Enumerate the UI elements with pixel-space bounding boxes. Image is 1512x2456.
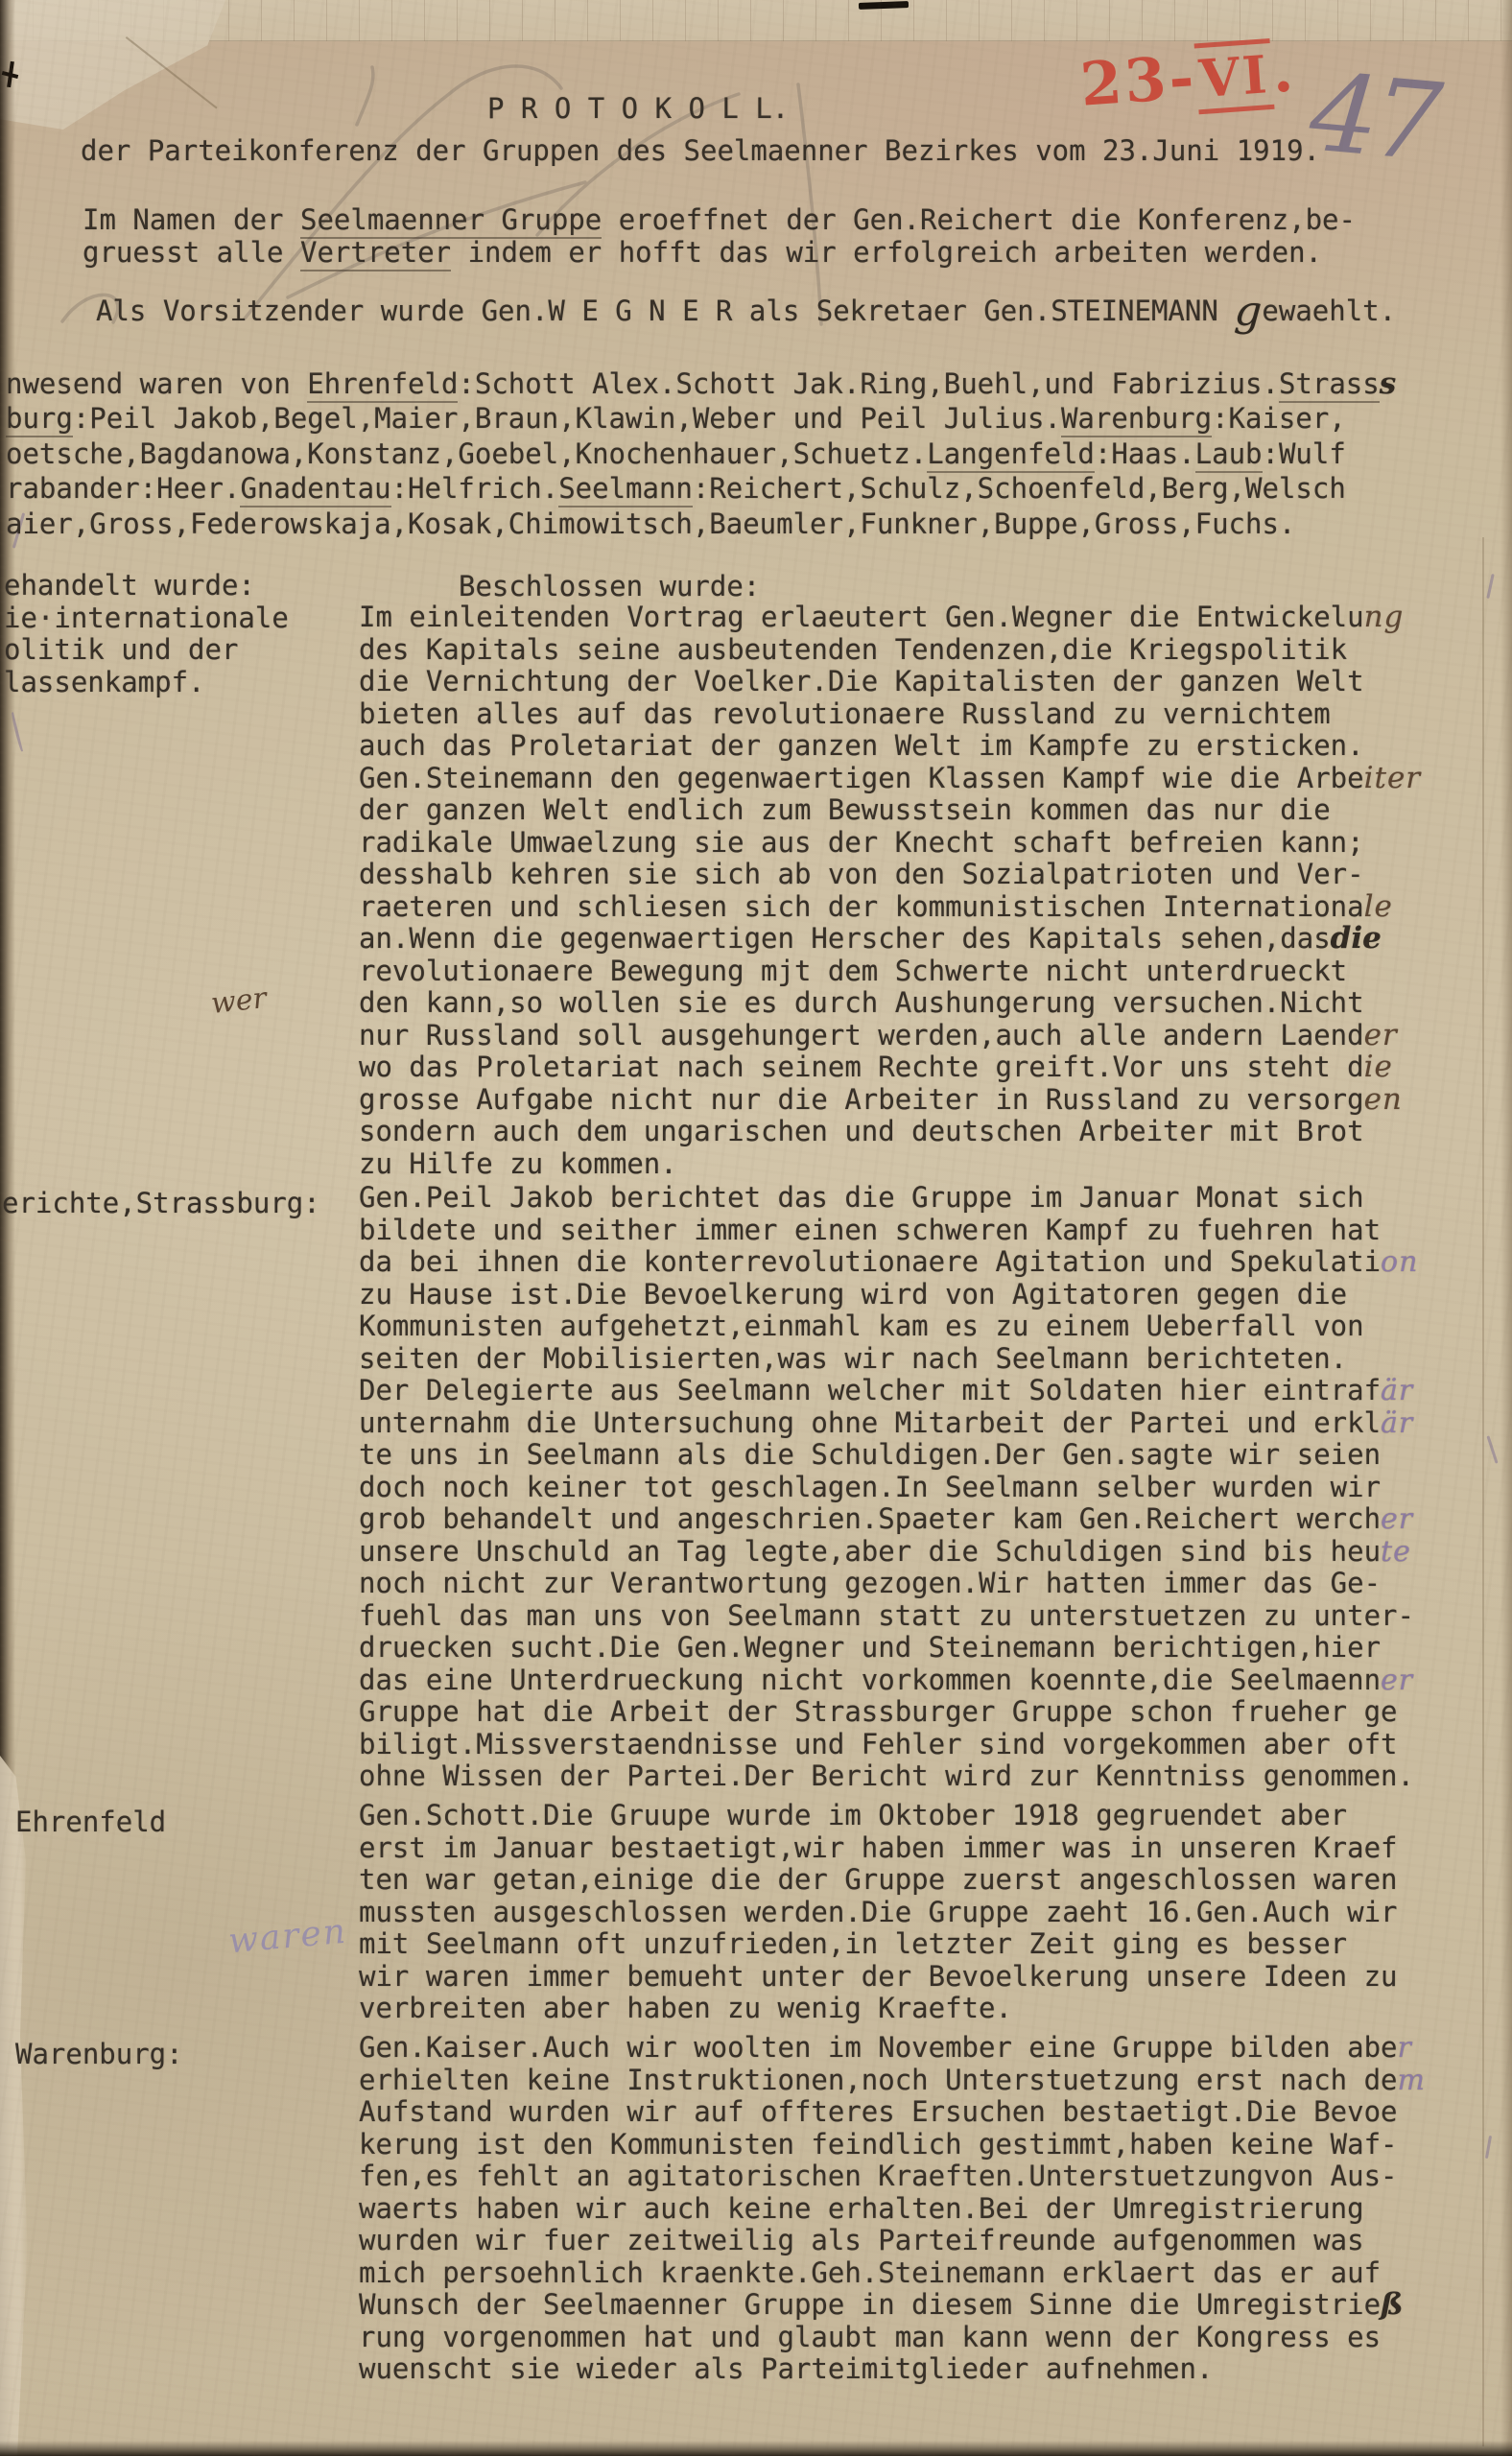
typed-text: Warenburg bbox=[1061, 402, 1212, 437]
handwritten-correction: on bbox=[1381, 1245, 1418, 1279]
handwritten-correction: er bbox=[1364, 1018, 1398, 1052]
typed-text: Im einleitenden Vortrag erlaeutert Gen.W… bbox=[359, 601, 1364, 633]
text-line: seiten der Mobilisierten,was wir nach Se… bbox=[359, 1343, 1418, 1376]
text-line: Der Delegierte aus Seelmann welcher mit … bbox=[359, 1375, 1418, 1407]
text-line: revolutionaere Bewegung mjt dem Schwerte… bbox=[359, 956, 1421, 988]
typed-text: Gen.Schott.Die Gruupe wurde im Oktober 1… bbox=[359, 1799, 1347, 1831]
paragraph-opening: Im Namen der Seelmaenner Gruppe eroeffne… bbox=[83, 203, 1356, 269]
typed-text: bieten alles auf das revolutionaere Russ… bbox=[359, 697, 1331, 730]
typed-text: seiten der Mobilisierten,was wir nach Se… bbox=[359, 1342, 1347, 1375]
typed-text: auch das Proletariat der ganzen Welt im … bbox=[359, 729, 1364, 762]
handwritten-correction: er bbox=[1381, 1664, 1413, 1697]
text-line: raeteren und schliesen sich der kommunis… bbox=[359, 891, 1421, 924]
margin-note-wer: wer bbox=[209, 981, 268, 1021]
typed-text: des Kapitals seine ausbeutenden Tendenze… bbox=[359, 633, 1347, 666]
text-line: das eine Unterdrueckung nicht vorkommen … bbox=[359, 1665, 1418, 1697]
text-line: ehandelt wurde: bbox=[4, 570, 289, 602]
text-line: Im einleitenden Vortrag erlaeutert Gen.W… bbox=[359, 602, 1421, 634]
red-date-roman-month: VI bbox=[1194, 38, 1275, 114]
typed-text: die Vernichtung der Voelker.Die Kapitali… bbox=[359, 665, 1364, 697]
typed-text: :Kaiser, bbox=[1212, 402, 1346, 435]
typed-text: den kann,so wollen sie es durch Aushunge… bbox=[359, 986, 1364, 1019]
typed-text: ohne Wissen der Partei.Der Bericht wird … bbox=[359, 1759, 1414, 1792]
text-line: radikale Umwaelzung sie aus der Knecht s… bbox=[359, 827, 1421, 860]
typed-text: revolutionaere Bewegung mjt dem Schwerte… bbox=[359, 955, 1347, 987]
text-line: rabander:Heer.Gnadentau:Helfrich.Seelman… bbox=[6, 471, 1396, 506]
typed-text: ten war getan,einige die der Gruppe zuer… bbox=[359, 1863, 1398, 1896]
column-agenda-label: ehandelt wurde:ie·internationaleolitik u… bbox=[4, 570, 289, 698]
text-line: an.Wenn die gegenwaertigen Herscher des … bbox=[359, 923, 1421, 956]
paper-crease-right bbox=[1482, 537, 1484, 2446]
red-date-dot: . bbox=[1269, 35, 1298, 106]
text-line: zu Hause ist.Die Bevoelkerung wird von A… bbox=[359, 1279, 1418, 1311]
typed-text: ie·internationale bbox=[4, 602, 289, 634]
typed-text: rung vorgenommen hat und glaubt man kann… bbox=[359, 2321, 1381, 2353]
handwritten-correction: r bbox=[1398, 2031, 1412, 2065]
typed-text: doch noch keiner tot geschlagen.In Seelm… bbox=[359, 1471, 1381, 1503]
text-line: fen,es fehlt an agitatorischen Kraeften.… bbox=[359, 2161, 1426, 2193]
text-line: unternahm die Untersuchung ohne Mitarbei… bbox=[359, 1407, 1418, 1440]
typed-text: der ganzen Welt endlich zum Bewusstsein … bbox=[359, 793, 1331, 826]
margin-note-waren: waren bbox=[226, 1912, 348, 1962]
text-line: Kommunisten aufgehetzt,einmahl kam es zu… bbox=[359, 1311, 1418, 1343]
pencil-mark-right bbox=[1485, 2136, 1492, 2159]
typed-text: mit Seelmann oft unzufrieden,in letzter … bbox=[359, 1927, 1347, 1960]
typed-text: Laub bbox=[1195, 437, 1263, 473]
text-line: nwesend waren von Ehrenfeld:Schott Alex.… bbox=[6, 366, 1396, 401]
typed-text: grob behandelt und angeschrien.Spaeter k… bbox=[359, 1502, 1381, 1535]
text-line: wurden wir fuer zeitweilig als Parteifre… bbox=[359, 2225, 1426, 2257]
text-line: burg:Peil Jakob,Begel,Maier,Braun,Klawin… bbox=[6, 401, 1396, 436]
typed-text: Wunsch der Seelmaenner Gruppe in diesem … bbox=[359, 2288, 1381, 2321]
typed-text: Im Namen der bbox=[83, 203, 300, 236]
text-line: erst im Januar bestaetigt,wir haben imme… bbox=[359, 1832, 1398, 1865]
typed-text: Aufstand wurden wir auf offteres Ersuche… bbox=[359, 2095, 1398, 2128]
typed-text: unsere Unschuld an Tag legte,aber die Sc… bbox=[359, 1535, 1381, 1568]
text-line: wo das Proletariat nach seinem Rechte gr… bbox=[359, 1051, 1421, 1084]
typed-text: nwesend waren von bbox=[6, 367, 307, 400]
text-line: Gen.Schott.Die Gruupe wurde im Oktober 1… bbox=[359, 1800, 1398, 1832]
typed-text: biligt.Missverstaendnisse und Fehler sin… bbox=[359, 1728, 1398, 1760]
text-line: verbreiten aber haben zu wenig Kraefte. bbox=[359, 1993, 1398, 2025]
text-line: da bei ihnen die konterrevolutionaere Ag… bbox=[359, 1246, 1418, 1279]
text-line: die Vernichtung der Voelker.Die Kapitali… bbox=[359, 666, 1421, 698]
text-line: druecken sucht.Die Gen.Wegner und Steine… bbox=[359, 1632, 1418, 1665]
handwritten-correction: ß bbox=[1381, 2287, 1404, 2322]
text-line: Aufstand wurden wir auf offteres Ersuche… bbox=[359, 2096, 1426, 2129]
page-edge-bottom bbox=[0, 2441, 1512, 2456]
typed-text: Strass bbox=[1279, 367, 1380, 403]
typed-text: fuehl das man uns von Seelmann statt zu … bbox=[359, 1599, 1414, 1632]
typed-text: te uns in Seelmann als die Schuldigen.De… bbox=[359, 1438, 1381, 1471]
handwritten-correction: er bbox=[1381, 1502, 1413, 1536]
handwritten-correction: en bbox=[1364, 1082, 1403, 1117]
typed-text: wo das Proletariat nach seinem Rechte gr… bbox=[359, 1051, 1364, 1083]
typed-text: mich persoehnlich kraenkte.Geh.Steineman… bbox=[359, 2256, 1381, 2289]
handwritten-page-number: 47 bbox=[1306, 51, 1441, 186]
report-label-strassburg: erichte,Strassburg: bbox=[2, 1187, 320, 1219]
paragraph-report-warenburg: Gen.Kaiser.Auch wir woolten im November … bbox=[359, 2032, 1426, 2386]
typed-text: nur Russland soll ausgehungert werden,au… bbox=[359, 1019, 1364, 1051]
typed-text: lassenkampf. bbox=[4, 666, 205, 698]
typed-text: aier,Gross,Federowskaja,Kosak,Chimowitsc… bbox=[6, 508, 1295, 540]
typed-text: Der Delegierte aus Seelmann welcher mit … bbox=[359, 1374, 1381, 1406]
pencil-mark-right bbox=[1486, 1435, 1498, 1463]
typed-text: ewaehlt. bbox=[1262, 295, 1396, 327]
text-line: Gruppe hat die Arbeit der Strassburger G… bbox=[359, 1696, 1418, 1729]
text-line: lassenkampf. bbox=[4, 667, 289, 699]
text-line: bieten alles auf das revolutionaere Russ… bbox=[359, 698, 1421, 731]
typed-text: wir waren immer bemueht unter der Bevoel… bbox=[359, 1960, 1398, 1993]
text-line: wir waren immer bemueht unter der Bevoel… bbox=[359, 1961, 1398, 1994]
report-label-ehrenfeld: Ehrenfeld bbox=[15, 1806, 166, 1838]
scanned-protocol-page: { "annotations": { "red_date_day": "23-"… bbox=[0, 0, 1512, 2456]
text-line: desshalb kehren sie sich ab von den Sozi… bbox=[359, 859, 1421, 891]
typed-text: verbreiten aber haben zu wenig Kraefte. bbox=[359, 1992, 1012, 2024]
report-label-warenburg: Warenburg: bbox=[15, 2038, 183, 2070]
typed-text: sondern auch dem ungarischen und deutsch… bbox=[359, 1115, 1364, 1147]
typed-text: Gnadentau bbox=[240, 472, 390, 508]
pencil-mark-right bbox=[1486, 574, 1494, 599]
typed-text: :Wulf bbox=[1263, 437, 1346, 470]
text-line: biligt.Missverstaendnisse und Fehler sin… bbox=[359, 1729, 1418, 1761]
document-subtitle: der Parteikonferenz der Gruppen des Seel… bbox=[81, 134, 1320, 167]
typed-text: druecken sucht.Die Gen.Wegner und Steine… bbox=[359, 1631, 1381, 1664]
typed-text: raeteren und schliesen sich der kommunis… bbox=[359, 890, 1364, 923]
typed-text: Vertreter bbox=[300, 236, 451, 272]
typed-text: Langenfeld bbox=[927, 437, 1095, 473]
typed-text: an.Wenn die gegenwaertigen Herscher des … bbox=[359, 922, 1331, 955]
handwritten-correction: är bbox=[1381, 1406, 1413, 1440]
typed-text: da bei ihnen die konterrevolutionaere Ag… bbox=[359, 1245, 1381, 1278]
handwritten-correction: är bbox=[1381, 1374, 1413, 1407]
typed-text: waerts haben wir auch keine erhalten.Bei… bbox=[359, 2192, 1364, 2225]
text-line: mich persoehnlich kraenkte.Geh.Steineman… bbox=[359, 2257, 1426, 2290]
handwritten-correction: g bbox=[1235, 311, 1262, 313]
typed-text: erst im Januar bestaetigt,wir haben imme… bbox=[359, 1831, 1398, 1864]
text-line: der ganzen Welt endlich zum Bewusstsein … bbox=[359, 794, 1421, 827]
paragraph-resolution: Im einleitenden Vortrag erlaeutert Gen.W… bbox=[359, 602, 1421, 1180]
typed-text: wuenscht sie wieder als Parteimitglieder… bbox=[359, 2352, 1213, 2385]
text-line: olitik und der bbox=[4, 634, 289, 667]
handwritten-correction: ng bbox=[1364, 600, 1405, 634]
typed-text: Gen.Peil Jakob berichtet das die Gruppe … bbox=[359, 1181, 1364, 1214]
typed-text: Seelmaenner Gruppe bbox=[300, 203, 602, 239]
text-line: doch noch keiner tot geschlagen.In Seelm… bbox=[359, 1472, 1418, 1504]
typed-text: mussten ausgeschlossen werden.Die Gruppe… bbox=[359, 1896, 1398, 1928]
text-line: Im Namen der Seelmaenner Gruppe eroeffne… bbox=[83, 203, 1356, 236]
text-line: mit Seelmann oft unzufrieden,in letzter … bbox=[359, 1928, 1398, 1961]
typed-text: wurden wir fuer zeitweilig als Parteifre… bbox=[359, 2224, 1364, 2256]
text-line: erhielten keine Instruktionen,noch Unter… bbox=[359, 2065, 1426, 2097]
handwritten-correction: le bbox=[1364, 889, 1393, 924]
handwritten-red-date: 23-VI. bbox=[1078, 35, 1298, 120]
typed-text: erhielten keine Instruktionen,noch Unter… bbox=[359, 2064, 1398, 2096]
text-line: te uns in Seelmann als die Schuldigen.De… bbox=[359, 1439, 1418, 1472]
text-line: auch das Proletariat der ganzen Welt im … bbox=[359, 730, 1421, 763]
document-title: P R O T O K O L L. bbox=[487, 92, 789, 125]
handwritten-correction: s bbox=[1380, 366, 1396, 401]
typed-text: zu Hause ist.Die Bevoelkerung wird von A… bbox=[359, 1278, 1347, 1311]
text-line: grob behandelt und angeschrien.Spaeter k… bbox=[359, 1503, 1418, 1536]
text-line: des Kapitals seine ausbeutenden Tendenze… bbox=[359, 634, 1421, 667]
typed-text: :Peil Jakob,Begel,Maier,Braun,Klawin,Web… bbox=[73, 402, 1061, 435]
paragraph-attendance: nwesend waren von Ehrenfeld:Schott Alex.… bbox=[6, 366, 1396, 541]
text-line: ie·internationale bbox=[4, 602, 289, 635]
typed-text: :Reichert,Schulz,Schoenfeld,Berg,Welsch bbox=[693, 472, 1346, 505]
text-line: ohne Wissen der Partei.Der Bericht wird … bbox=[359, 1760, 1418, 1793]
typed-text: das eine Unterdrueckung nicht vorkommen … bbox=[359, 1664, 1381, 1696]
text-line: Gen.Peil Jakob berichtet das die Gruppe … bbox=[359, 1182, 1418, 1215]
typed-text: oetsche,Bagdanowa,Konstanz,Goebel,Knoche… bbox=[6, 437, 927, 470]
typed-text: gruesst alle bbox=[83, 236, 300, 269]
typed-text: kerung ist den Kommunisten feindlich ges… bbox=[359, 2128, 1398, 2161]
typed-text: eroeffnet der Gen.Reichert die Konferenz… bbox=[602, 203, 1356, 236]
text-line: mussten ausgeschlossen werden.Die Gruppe… bbox=[359, 1897, 1398, 1929]
typed-text: bildete und seither immer einen schweren… bbox=[359, 1214, 1381, 1246]
typed-text: noch nicht zur Verantwortung gezogen.Wir… bbox=[359, 1567, 1381, 1599]
text-line: waerts haben wir auch keine erhalten.Bei… bbox=[359, 2193, 1426, 2226]
typed-text: Ehrenfeld bbox=[307, 367, 458, 403]
typed-text: radikale Umwaelzung sie aus der Knecht s… bbox=[359, 826, 1364, 859]
typed-text: Gen.Kaiser.Auch wir woolten im November … bbox=[359, 2031, 1398, 2064]
paragraph-report-strassburg: Gen.Peil Jakob berichtet das die Gruppe … bbox=[359, 1182, 1418, 1793]
typed-text: :Haas. bbox=[1095, 437, 1195, 470]
typed-text: ehandelt wurde: bbox=[4, 569, 255, 602]
typed-text: Kommunisten aufgehetzt,einmahl kam es zu… bbox=[359, 1310, 1364, 1342]
text-line: Gen.Kaiser.Auch wir woolten im November … bbox=[359, 2032, 1426, 2065]
text-line: ten war getan,einige die der Gruppe zuer… bbox=[359, 1864, 1398, 1897]
typed-text: fen,es fehlt an agitatorischen Kraeften.… bbox=[359, 2160, 1398, 2192]
handwritten-correction: te bbox=[1381, 1535, 1411, 1569]
text-line: kerung ist den Kommunisten feindlich ges… bbox=[359, 2129, 1426, 2161]
typed-text: burg bbox=[6, 402, 73, 437]
text-line: Gen.Steinemann den gegenwaertigen Klasse… bbox=[359, 763, 1421, 795]
text-line: oetsche,Bagdanowa,Konstanz,Goebel,Knoche… bbox=[6, 437, 1396, 471]
paragraph-report-ehrenfeld: Gen.Schott.Die Gruupe wurde im Oktober 1… bbox=[359, 1800, 1398, 2025]
text-line: nur Russland soll ausgehungert werden,au… bbox=[359, 1020, 1421, 1052]
text-line: noch nicht zur Verantwortung gezogen.Wir… bbox=[359, 1568, 1418, 1600]
typed-text: Gen.Steinemann den gegenwaertigen Klasse… bbox=[359, 762, 1364, 794]
text-line: unsere Unschuld an Tag legte,aber die Sc… bbox=[359, 1536, 1418, 1569]
handwritten-correction: ie bbox=[1364, 1050, 1393, 1084]
typed-text: desshalb kehren sie sich ab von den Sozi… bbox=[359, 858, 1364, 890]
text-line: wuenscht sie wieder als Parteimitglieder… bbox=[359, 2353, 1426, 2386]
text-line: den kann,so wollen sie es durch Aushunge… bbox=[359, 987, 1421, 1020]
typed-text: rabander:Heer. bbox=[6, 472, 240, 505]
torn-corner-patch bbox=[0, 0, 225, 130]
text-line: sondern auch dem ungarischen und deutsch… bbox=[359, 1116, 1421, 1148]
typed-text: Seelmann bbox=[558, 472, 693, 508]
text-line: Wunsch der Seelmaenner Gruppe in diesem … bbox=[359, 2289, 1426, 2322]
red-date-day: 23- bbox=[1078, 41, 1199, 119]
text-line: rung vorgenommen hat und glaubt man kann… bbox=[359, 2322, 1426, 2354]
text-line: aier,Gross,Federowskaja,Kosak,Chimowitsc… bbox=[6, 507, 1396, 541]
text-line: grosse Aufgabe nicht nur die Arbeiter in… bbox=[359, 1084, 1421, 1117]
typed-text: Als Vorsitzender wurde Gen.W E G N E R a… bbox=[96, 295, 1235, 327]
handwritten-correction: die bbox=[1331, 921, 1382, 956]
text-line: Als Vorsitzender wurde Gen.W E G N E R a… bbox=[96, 295, 1396, 328]
page-edge-right bbox=[1500, 0, 1512, 2456]
typed-text: indem er hofft das wir erfolgreich arbei… bbox=[451, 236, 1322, 269]
text-line: gruesst alle Vertreter indem er hofft da… bbox=[83, 236, 1356, 269]
typed-text: grosse Aufgabe nicht nur die Arbeiter in… bbox=[359, 1083, 1364, 1116]
typed-text: :Helfrich. bbox=[391, 472, 559, 505]
typed-text: unternahm die Untersuchung ohne Mitarbei… bbox=[359, 1406, 1381, 1439]
typed-text: :Schott Alex.Schott Jak.Ring,Buehl,und F… bbox=[458, 367, 1279, 400]
typed-text: olitik und der bbox=[4, 633, 238, 666]
handwritten-correction: iter bbox=[1364, 761, 1422, 795]
text-line: fuehl das man uns von Seelmann statt zu … bbox=[359, 1600, 1418, 1633]
text-line: zu Hilfe zu kommen. bbox=[359, 1148, 1421, 1181]
resolution-heading: Beschlossen wurde: bbox=[459, 570, 760, 602]
typed-text: Gruppe hat die Arbeit der Strassburger G… bbox=[359, 1695, 1398, 1728]
typed-text: zu Hilfe zu kommen. bbox=[359, 1147, 677, 1180]
paragraph-chair-election: Als Vorsitzender wurde Gen.W E G N E R a… bbox=[96, 295, 1396, 328]
handwritten-correction: m bbox=[1398, 2064, 1426, 2097]
torn-edge-bottom-left bbox=[0, 1756, 29, 2456]
text-line: bildete und seither immer einen schweren… bbox=[359, 1215, 1418, 1247]
